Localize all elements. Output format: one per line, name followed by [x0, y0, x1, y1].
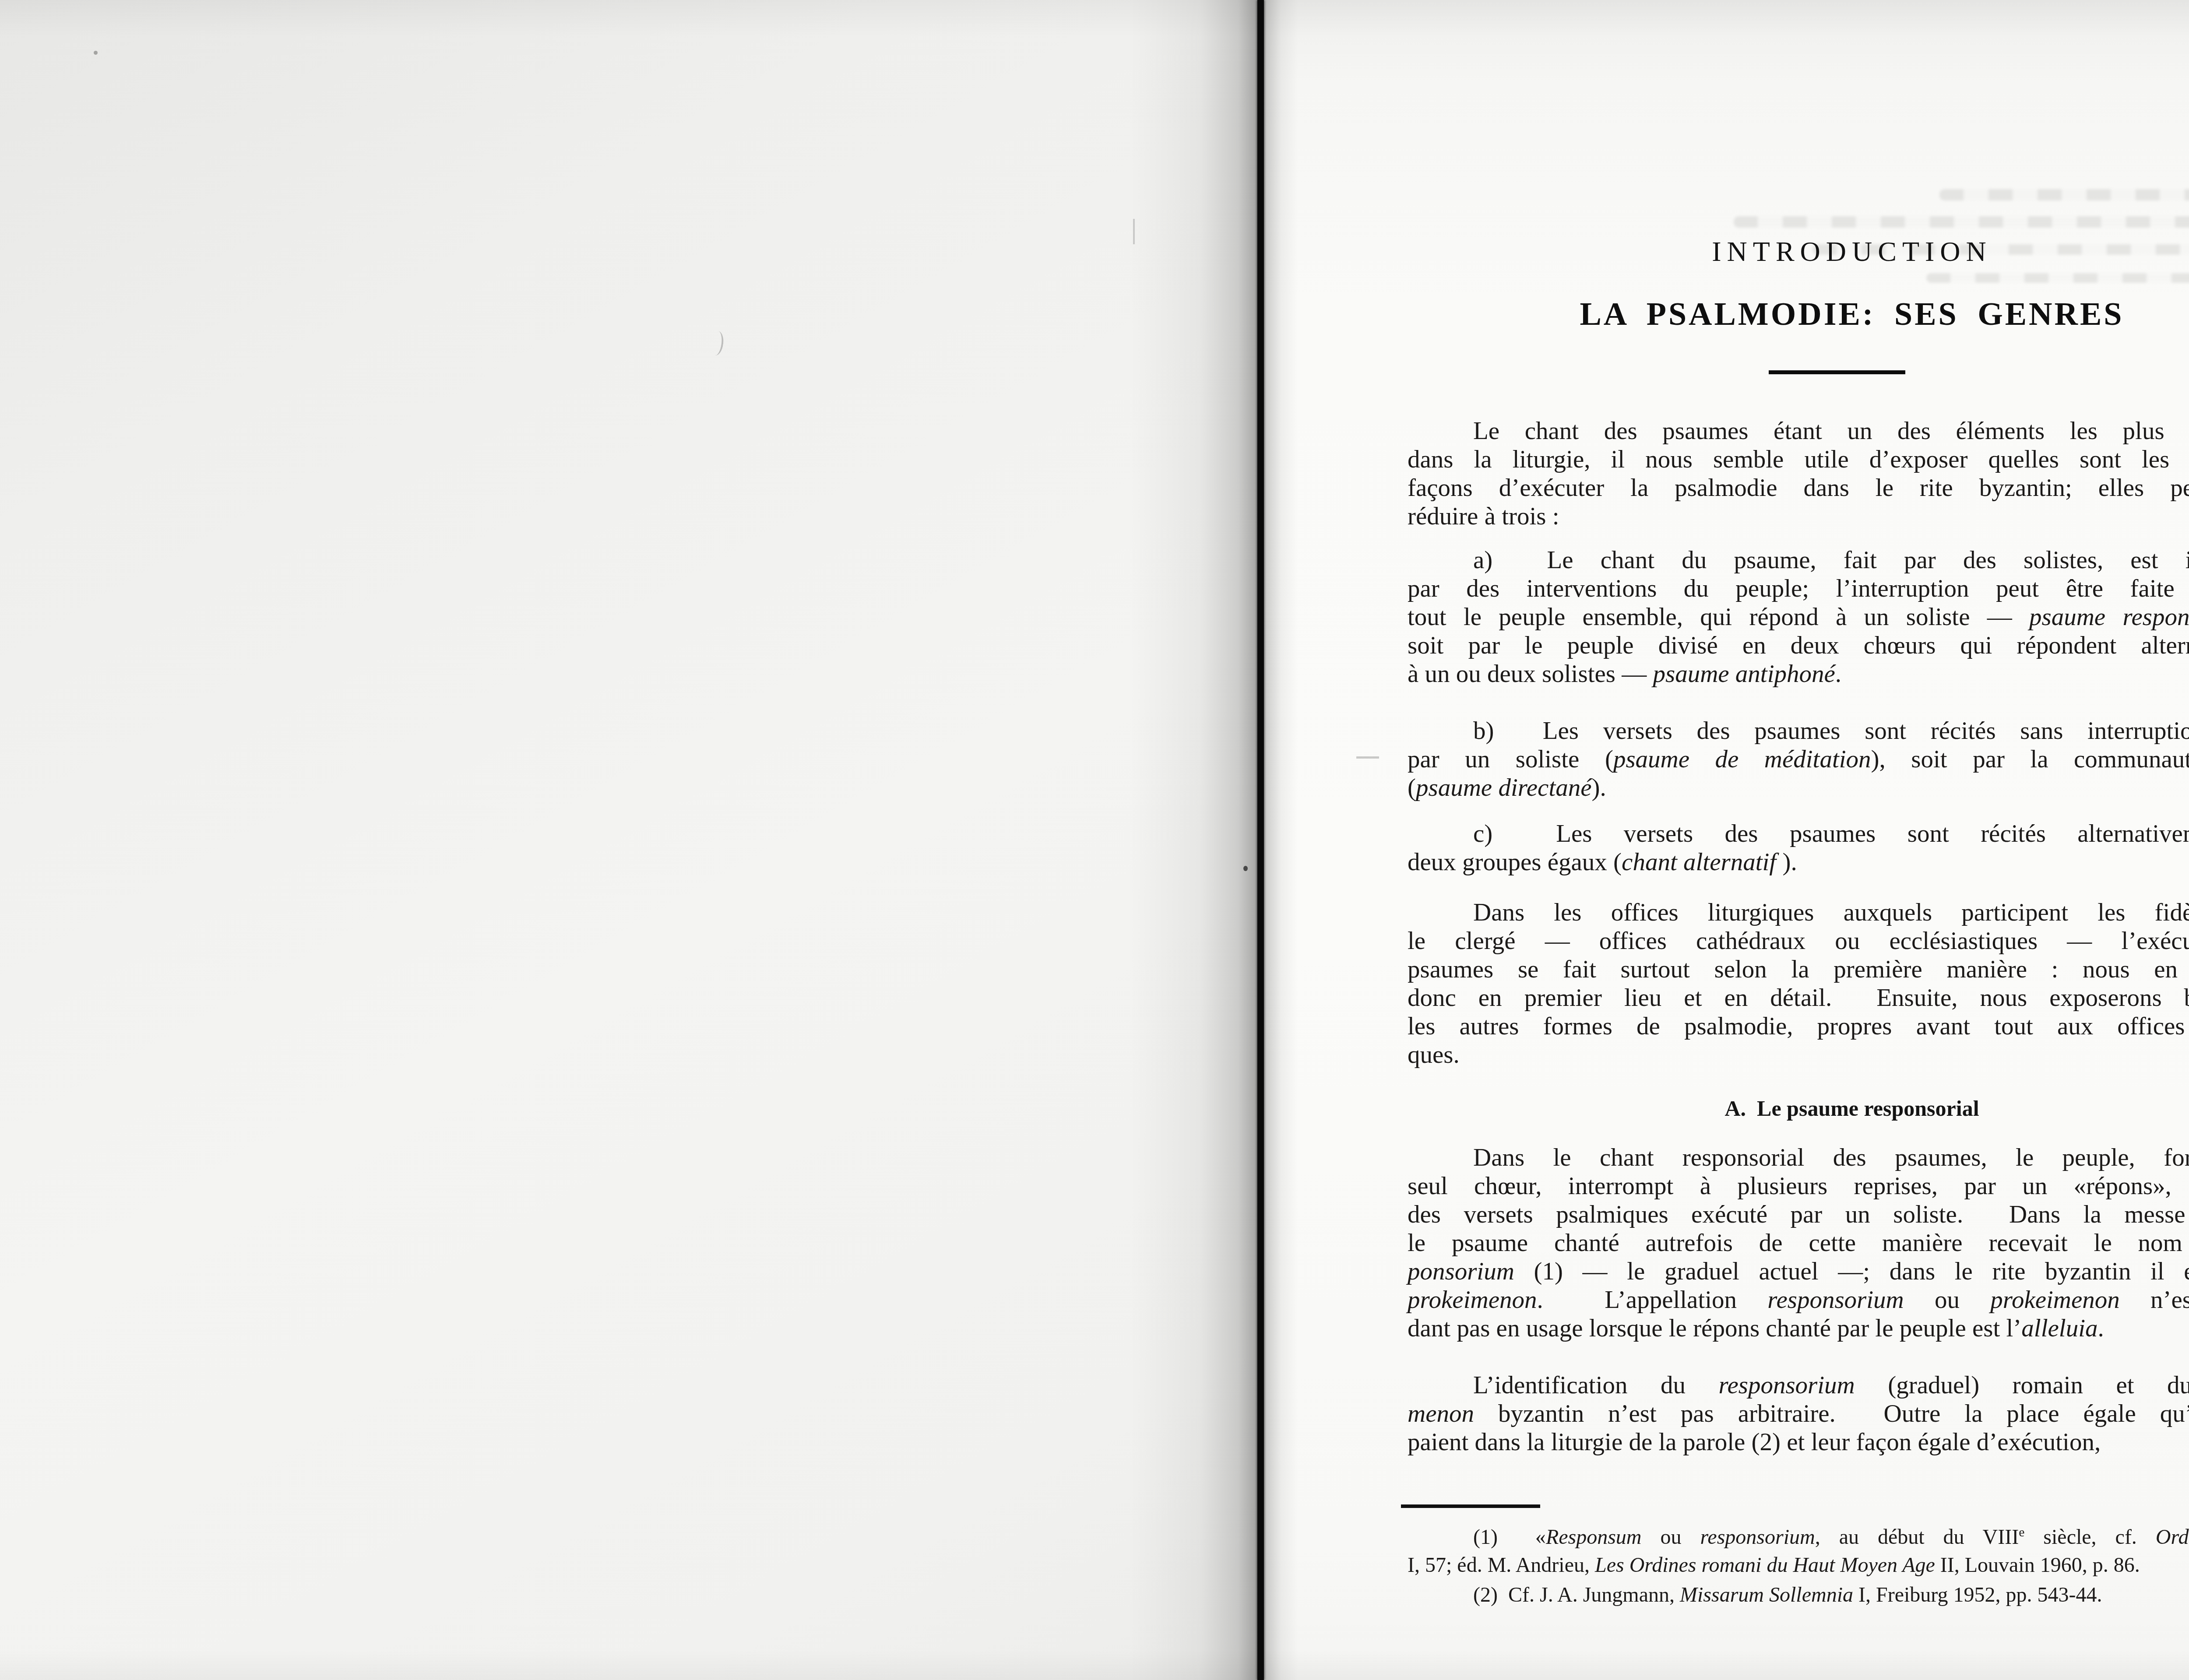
- text-line: (psaume directané).: [1408, 773, 2189, 802]
- text-line: I, 57; éd. M. Andrieu, Les Ordines roman…: [1408, 1551, 2189, 1579]
- chapter-kicker: INTRODUCTION: [1408, 236, 2189, 267]
- text-line: donc en premier lieu et en détail. Ensui…: [1408, 984, 2189, 1012]
- text-line: dans la liturgie, il nous semble utile d…: [1408, 445, 2189, 474]
- text-line: seul chœur, interrompt à plusieurs repri…: [1408, 1172, 2189, 1200]
- text-line: par un soliste (psaume de méditation), s…: [1408, 745, 2189, 773]
- paragraph-item-a: a) Le chant du psaume, fait par des soli…: [1408, 546, 2189, 688]
- text-line: menon byzantin n’est pas arbitraire. Out…: [1408, 1399, 2189, 1428]
- text-line: à un ou deux solistes — psaume antiphoné…: [1408, 660, 2189, 688]
- text-line: paient dans la liturgie de la parole (2)…: [1408, 1428, 2189, 1456]
- text-line: les autres formes de psalmodie, propres …: [1408, 1012, 2189, 1040]
- scan-top-shading: [0, 0, 2189, 37]
- title-rule: [1769, 370, 1905, 374]
- gutter-line: [1257, 0, 1264, 1680]
- ghost-text-smudge: [1734, 216, 2189, 228]
- text-line: soit par le peuple divisé en deux chœurs…: [1408, 631, 2189, 660]
- text-line: L’identification du responsorium (gradue…: [1408, 1371, 2189, 1399]
- text-line: façons d’exécuter la psalmodie dans le r…: [1408, 474, 2189, 502]
- text-line: le clergé — offices cathédraux ou ecclés…: [1408, 927, 2189, 955]
- footnote-1: (1) «Responsum ou responsorium, au début…: [1408, 1523, 2189, 1579]
- gutter-shadow-left: [1130, 0, 1257, 1680]
- paragraph-identification: L’identification du responsorium (gradue…: [1408, 1371, 2189, 1456]
- text-line: Dans les offices liturgiques auxquels pa…: [1408, 898, 2189, 927]
- text-line: (2) Cf. J. A. Jungmann, Missarum Sollemn…: [1408, 1581, 2189, 1609]
- text-line: ponsorium (1) — le graduel actuel —; dan…: [1408, 1257, 2189, 1286]
- book-scan: INTRODUCTION LA PSALMODIE: SES GENRES Le…: [0, 0, 2189, 1680]
- ghost-text-smudge: [1926, 273, 2189, 283]
- ink-speck: [94, 51, 98, 55]
- text-line: deux groupes égaux (chant alternatif ).: [1408, 848, 2189, 876]
- text-line: tout le peuple ensemble, qui répond à un…: [1408, 603, 2189, 631]
- text-line: le psaume chanté autrefois de cette mani…: [1408, 1229, 2189, 1257]
- footnote-2: (2) Cf. J. A. Jungmann, Missarum Sollemn…: [1408, 1581, 2189, 1609]
- ink-speck: [1133, 219, 1135, 244]
- ink-speck: [1356, 756, 1379, 759]
- text-line: dant pas en usage lorsque le répons chan…: [1408, 1314, 2189, 1343]
- text-line: ques.: [1408, 1040, 2189, 1069]
- text-line: réduire à trois :: [1408, 502, 2189, 531]
- text-line: des versets psalmiques exécuté par un so…: [1408, 1200, 2189, 1229]
- paragraph-item-c: c) Les versets des psaumes sont récités …: [1408, 819, 2189, 876]
- text-line: Le chant des psaumes étant un des élémen…: [1408, 417, 2189, 445]
- text-line: par des interventions du peuple; l’inter…: [1408, 574, 2189, 603]
- paragraph-intro: Le chant des psaumes étant un des élémen…: [1408, 417, 2189, 531]
- section-heading-a: A. Le psaume responsorial: [1408, 1095, 2189, 1121]
- text-line: Dans le chant responsorial des psaumes, …: [1408, 1143, 2189, 1172]
- text-line: c) Les versets des psaumes sont récités …: [1408, 819, 2189, 848]
- page-title: LA PSALMODIE: SES GENRES: [1408, 296, 2189, 333]
- text-line: psaumes se fait surtout selon la premièr…: [1408, 955, 2189, 984]
- ghost-text-smudge: [1939, 189, 2189, 200]
- paragraph-responsorial: Dans le chant responsorial des psaumes, …: [1408, 1143, 2189, 1343]
- text-line: a) Le chant du psaume, fait par des soli…: [1408, 546, 2189, 574]
- text-line: (1) «Responsum ou responsorium, au début…: [1408, 1523, 2189, 1551]
- gutter-shadow-right: [1264, 0, 1298, 1680]
- paragraph-item-b: b) Les versets des psaumes sont récités …: [1408, 717, 2189, 802]
- ink-speck: [1243, 866, 1248, 871]
- left-page-blank: [0, 0, 1257, 1680]
- text-line: b) Les versets des psaumes sont récités …: [1408, 717, 2189, 745]
- scan-bottom-shading: [0, 1649, 2189, 1680]
- text-line: prokeimenon. L’appellation responsorium …: [1408, 1286, 2189, 1314]
- footnote-rule: [1401, 1504, 1540, 1508]
- paragraph-offices: Dans les offices liturgiques auxquels pa…: [1408, 898, 2189, 1069]
